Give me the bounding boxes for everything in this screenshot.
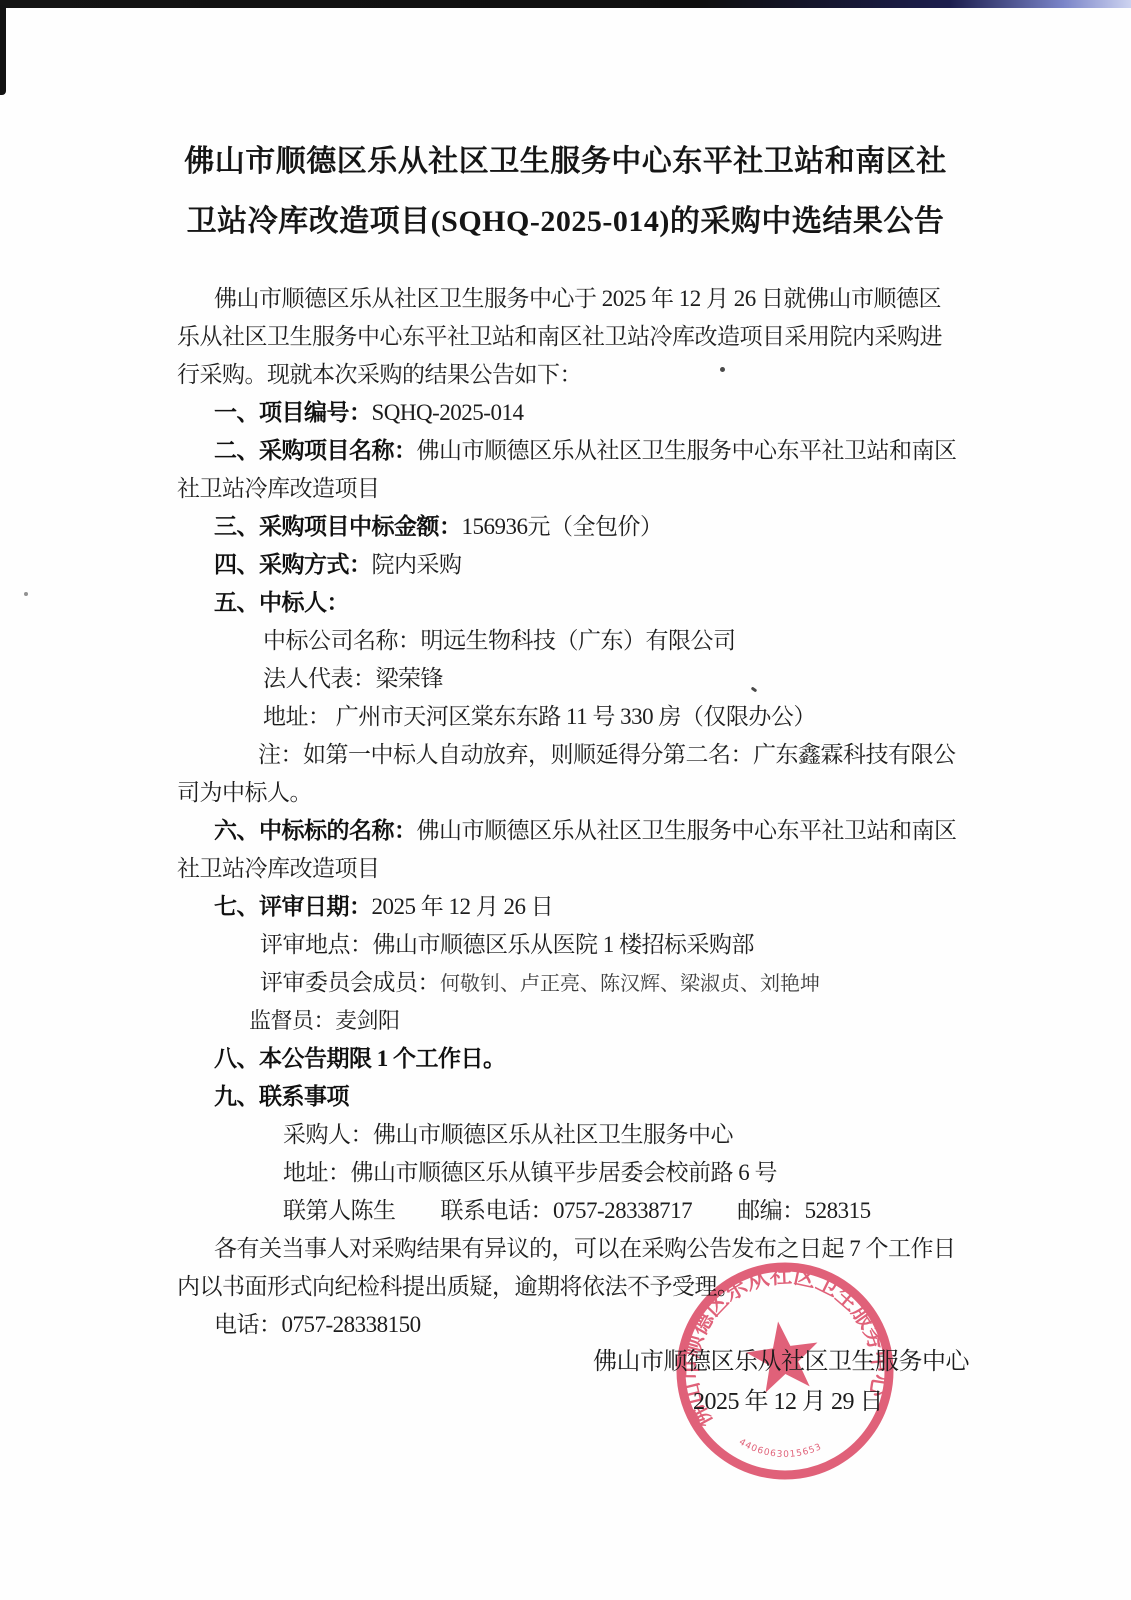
seal-serial-number: 4406063015653	[736, 1426, 824, 1467]
doc-line: 电话：0757-28338150	[0, 1306, 1131, 1344]
doc-line: 司为中标人。	[0, 774, 1131, 812]
doc-line-segment: 评审委员会成员：	[260, 970, 440, 995]
doc-line: 行采购。现就本次采购的结果公告如下：	[0, 356, 1131, 394]
doc-line: 二、采购项目名称：佛山市顺德区乐从社区卫生服务中心东平社卫站和南区	[0, 432, 1131, 470]
doc-line-segment: 监督员：麦剑阳	[249, 1008, 400, 1033]
doc-line-segment: 2025 年 12 月 26 日	[372, 894, 554, 919]
doc-line: 联第人陈生 联系电话：0757-28338717 邮编：528315	[0, 1192, 1131, 1230]
doc-line: 四、采购方式：院内采购	[0, 546, 1131, 584]
doc-line: 中标公司名称：明远生物科技（广东）有限公司	[0, 622, 1131, 660]
doc-line-segment: 评审地点：佛山市顺德区乐从医院 1 楼招标采购部	[260, 932, 754, 957]
doc-line: 社卫站冷库改造项目	[0, 850, 1131, 888]
doc-line-segment: 佛山市顺德区乐从社区卫生服务中心于 2025 年 12 月 26 日就佛山市顺德…	[214, 286, 941, 311]
doc-line: 采购人：佛山市顺德区乐从社区卫生服务中心	[0, 1116, 1131, 1154]
doc-line: 内以书面形式向纪检科提出质疑，逾期将依法不予受理。	[0, 1268, 1131, 1306]
doc-line-segment: 九、联系事项	[214, 1084, 349, 1109]
doc-line-segment: 乐从社区卫生服务中心东平社卫站和南区社卫站冷库改造项目采用院内采购进	[177, 324, 942, 349]
doc-line: 法人代表：梁荣锋	[0, 660, 1131, 698]
doc-line-segment: 社卫站冷库改造项目	[177, 856, 380, 881]
doc-line-segment: 五、中标人：	[214, 590, 349, 615]
doc-line-segment: 佛山市顺德区乐从社区卫生服务中心东平社卫站和南区	[417, 818, 957, 843]
doc-line-segment: 八、本公告期限 1 个工作日。	[214, 1046, 506, 1071]
doc-line: 乐从社区卫生服务中心东平社卫站和南区社卫站冷库改造项目采用院内采购进	[0, 318, 1131, 356]
doc-line-segment: 采购人：佛山市顺德区乐从社区卫生服务中心	[283, 1122, 733, 1147]
doc-line: 九、联系事项	[0, 1078, 1131, 1116]
document-title-line2: 卫站冷库改造项目(SQHQ-2025-014)的采购中选结果公告	[0, 192, 1131, 252]
signature-organization: 佛山市顺德区乐从社区卫生服务中心	[593, 1341, 969, 1376]
document-body: 佛山市顺德区乐从社区卫生服务中心于 2025 年 12 月 26 日就佛山市顺德…	[0, 280, 1131, 1344]
doc-line-segment: 二、采购项目名称：	[214, 438, 417, 463]
document-title: 佛山市顺德区乐从社区卫生服务中心东平社卫站和南区社 卫站冷库改造项目(SQHQ-…	[0, 132, 1131, 252]
scan-edge-top	[0, 0, 1131, 8]
doc-line: 五、中标人：	[0, 584, 1131, 622]
scanned-document-page: 佛山市顺德区乐从社区卫生服务中心东平社卫站和南区社 卫站冷库改造项目(SQHQ-…	[0, 0, 1131, 1600]
doc-line: 社卫站冷库改造项目	[0, 470, 1131, 508]
doc-line-segment: 六、中标标的名称：	[214, 818, 417, 843]
doc-line: 评审地点：佛山市顺德区乐从医院 1 楼招标采购部	[0, 926, 1131, 964]
doc-line: 地址：佛山市顺德区乐从镇平步居委会校前路 6 号	[0, 1154, 1131, 1192]
doc-line: 三、采购项目中标金额：156936元（全包价）	[0, 508, 1131, 546]
doc-line: 一、项目编号：SQHQ-2025-014	[0, 394, 1131, 432]
doc-line-segment: 中标公司名称：明远生物科技（广东）有限公司	[263, 628, 736, 653]
doc-line-segment: 一、项目编号：	[214, 400, 372, 425]
doc-line-segment: 三、采购项目中标金额：	[214, 514, 462, 539]
doc-line-segment: 院内采购	[372, 552, 462, 577]
doc-line-segment: 地址： 广州市天河区棠东东路 11 号 330 房（仅限办公）	[263, 704, 816, 729]
doc-line: 评审委员会成员：何敬钊、卢正亮、陈汉辉、梁淑贞、刘艳坤	[0, 964, 1131, 1002]
doc-line: 监督员：麦剑阳	[0, 1002, 1131, 1040]
doc-line-segment: 地址：佛山市顺德区乐从镇平步居委会校前路 6 号	[283, 1160, 777, 1185]
signature-date: 2025 年 12 月 29 日	[693, 1381, 883, 1416]
svg-text:4406063015653: 4406063015653	[736, 1426, 824, 1467]
doc-line-segment: 何敬钊、卢正亮、陈汉辉、梁淑贞、刘艳坤	[440, 973, 820, 995]
doc-line-segment: 注：如第一中标人自动放弃，则顺延得分第二名：广东鑫霖科技有限公	[258, 742, 956, 767]
doc-line: 八、本公告期限 1 个工作日。	[0, 1040, 1131, 1078]
doc-line: 七、评审日期：2025 年 12 月 26 日	[0, 888, 1131, 926]
doc-line-segment: 法人代表：梁荣锋	[263, 666, 443, 691]
doc-line-segment: 联第人陈生 联系电话：0757-28338717 邮编：528315	[283, 1198, 871, 1223]
doc-line-segment: 电话：0757-28338150	[214, 1312, 421, 1337]
doc-line-segment: 四、采购方式：	[214, 552, 372, 577]
doc-line-segment: SQHQ-2025-014	[372, 400, 524, 425]
doc-line: 各有关当事人对采购结果有异议的，可以在采购公告发布之日起 7 个工作日	[0, 1230, 1131, 1268]
doc-line: 佛山市顺德区乐从社区卫生服务中心于 2025 年 12 月 26 日就佛山市顺德…	[0, 280, 1131, 318]
doc-line: 地址： 广州市天河区棠东东路 11 号 330 房（仅限办公）	[0, 698, 1131, 736]
scan-edge-left	[0, 5, 6, 95]
document-title-line1: 佛山市顺德区乐从社区卫生服务中心东平社卫站和南区社	[0, 132, 1131, 192]
doc-line-segment: 七、评审日期：	[214, 894, 372, 919]
doc-line: 六、中标标的名称：佛山市顺德区乐从社区卫生服务中心东平社卫站和南区	[0, 812, 1131, 850]
doc-line-segment: 社卫站冷库改造项目	[177, 476, 380, 501]
doc-line-segment: 司为中标人。	[177, 780, 312, 805]
doc-line-segment: 156936元（全包价）	[462, 514, 663, 539]
doc-line: 注：如第一中标人自动放弃，则顺延得分第二名：广东鑫霖科技有限公	[0, 736, 1131, 774]
doc-line-segment: 行采购。现就本次采购的结果公告如下：	[177, 362, 582, 387]
doc-line-segment: 佛山市顺德区乐从社区卫生服务中心东平社卫站和南区	[417, 438, 957, 463]
